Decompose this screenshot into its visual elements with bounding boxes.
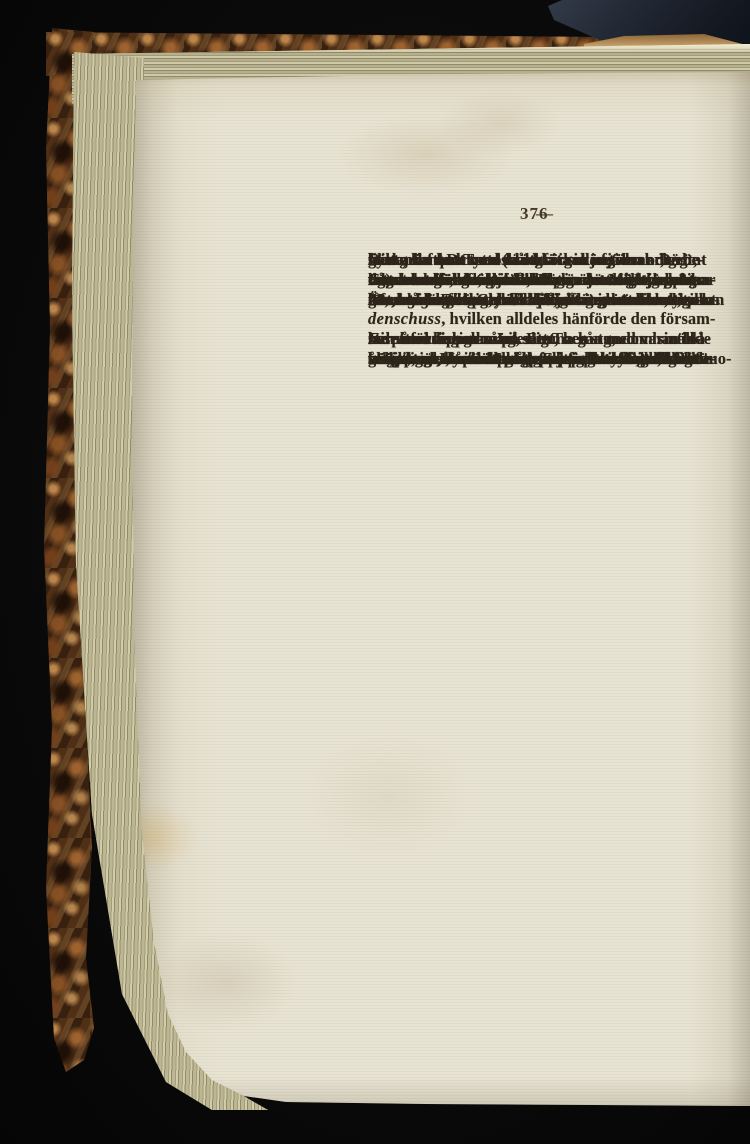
text-segment: , hvilken alldeles hänförde den försam-: [441, 309, 715, 329]
header-dash-right: —: [520, 204, 570, 224]
book-page: —376— friska luft. De voro klädda i sin …: [126, 72, 750, 1106]
italic-text-segment: Fischer: [368, 329, 423, 348]
text-line: gynte sin quartett: (Der Schnee, så var …: [368, 250, 750, 270]
text-segment: i sin solosång,: [423, 329, 520, 349]
italic-text-segment: Mun-giga: [368, 290, 439, 309]
italic-text-segment: denschuss: [368, 309, 441, 328]
italic-text-segment: Fischer: [368, 270, 423, 289]
text-segment: utförde isynnerhet sin stämma med myc-: [423, 270, 711, 290]
book-photo: —376— friska luft. De voro klädda i sin …: [0, 0, 750, 1144]
italic-text-segment: Freu-: [439, 290, 480, 309]
text-line: tett, och sist en Concert på Mun-giga af…: [368, 290, 750, 310]
text-line: denschuss, hvilken alldeles hänförde den…: [368, 309, 750, 329]
text-segment: börja, genast iakttog den djupaste tystn…: [368, 349, 693, 369]
text-block: friska luft. De voro klädda i sin nation…: [368, 250, 750, 990]
page-header: —376—: [370, 204, 670, 230]
text-line: ste på mun-gigan. Liksom Fischer i sin s…: [368, 329, 750, 349]
text-line: Fischer utförde isynnerhet sin stämma me…: [368, 270, 750, 290]
italic-text-segment: Der Schnee: [368, 250, 750, 269]
